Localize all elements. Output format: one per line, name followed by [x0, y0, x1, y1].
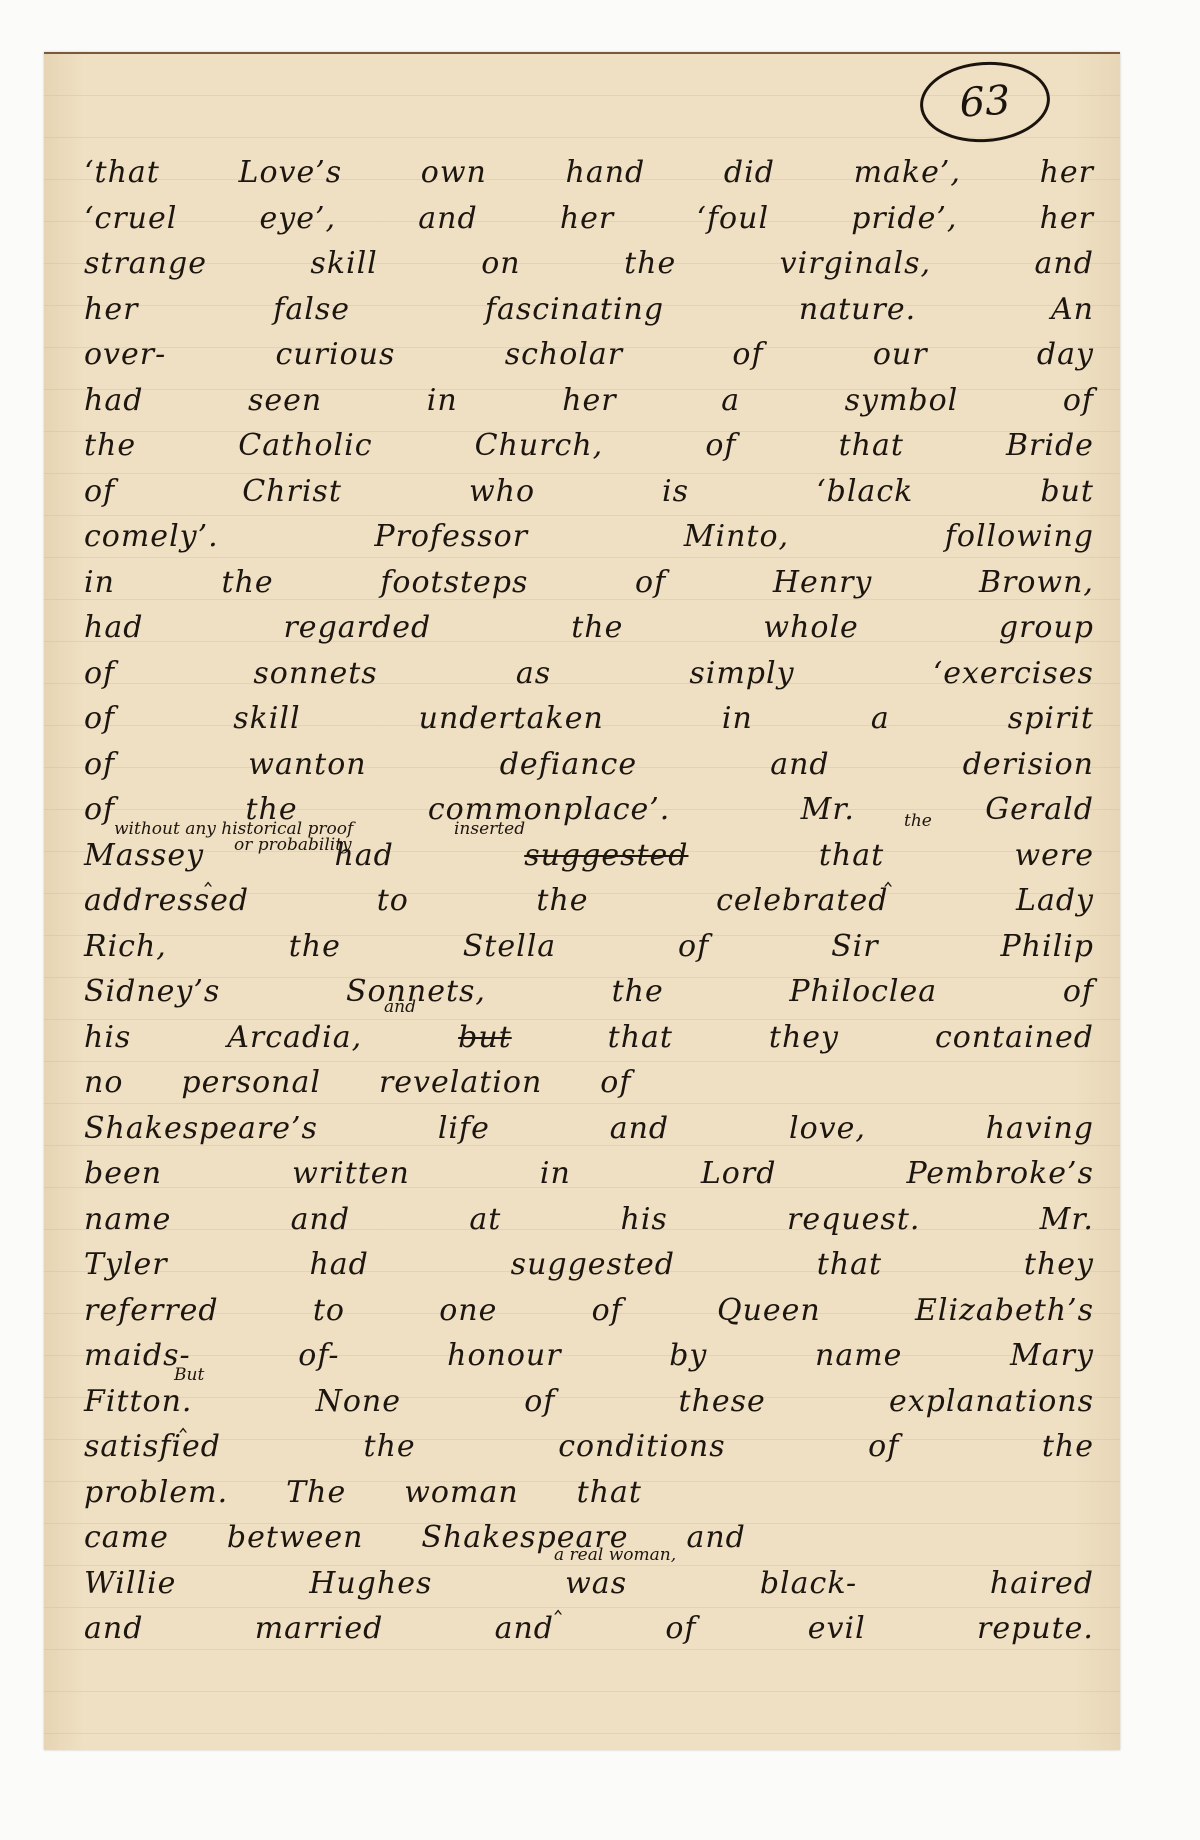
handwritten-word: of [705, 423, 736, 469]
handwritten-word: evil [808, 1606, 866, 1652]
handwritten-word: one [439, 1288, 497, 1334]
manuscript-line: Sidney’sSonnets,thePhilocleaof [84, 969, 1094, 1015]
handwritten-word: that [839, 423, 904, 469]
manuscript-line: Tylerhadsuggestedthatthey [84, 1242, 1094, 1288]
handwritten-word: of [84, 696, 115, 742]
handwritten-word: in [84, 560, 115, 606]
insertion-caret-icon: ‸ [554, 1587, 562, 1615]
handwritten-word: whole [763, 605, 858, 651]
manuscript-line: hadregardedthewholegroup [84, 605, 1094, 651]
manuscript-line: ofChristwhois‘blackbut [84, 469, 1094, 515]
handwritten-word: skill [310, 241, 377, 287]
handwritten-word: black- [760, 1561, 857, 1607]
interlinear-insertion: the [904, 811, 932, 831]
handwritten-word: name [84, 1197, 171, 1243]
manuscript-line: ‘crueleye’,andher‘foulpride’,her [84, 196, 1094, 242]
handwritten-word: of [868, 1424, 899, 1470]
manuscript-line: problem.Thewomanthat [84, 1470, 1094, 1516]
manuscript-line: theCatholicChurch,ofthatBride [84, 423, 1094, 469]
handwritten-word: personal [181, 1060, 321, 1106]
manuscript-line: addressedtothecelebratedLady [84, 878, 1094, 924]
handwritten-word: spirit [1008, 696, 1094, 742]
handwritten-word: eye’, [260, 196, 337, 242]
handwritten-word: that [817, 1242, 882, 1288]
handwritten-word: of [678, 924, 709, 970]
handwritten-word: of [635, 560, 666, 606]
handwritten-word: contained [935, 1015, 1094, 1061]
handwritten-word: of [84, 469, 115, 515]
manuscript-line: hadseeninherasymbolof [84, 378, 1094, 424]
handwritten-word: referred [84, 1288, 219, 1334]
handwritten-word: suggested [511, 1242, 675, 1288]
handwritten-word: comely’. [84, 514, 219, 560]
handwritten-word: Church, [475, 423, 604, 469]
manuscript-line: ofskillundertakeninaspirit [84, 696, 1094, 742]
handwritten-word: that [819, 833, 884, 879]
manuscript-line: over-curiousscholarofourday [84, 332, 1094, 378]
handwritten-word: Minto, [684, 514, 789, 560]
handwritten-word: Elizabeth’s [915, 1288, 1094, 1334]
handwritten-word: Hughes [309, 1561, 432, 1607]
handwritten-word: the [536, 878, 588, 924]
handwritten-word: derision [963, 742, 1094, 788]
handwritten-word: of [84, 787, 115, 833]
handwritten-word: honour [447, 1333, 561, 1379]
handwritten-word: Philip [1000, 924, 1094, 970]
handwritten-word: of [1063, 969, 1094, 1015]
handwritten-word: defiance [500, 742, 637, 788]
handwritten-word: Rich, [84, 924, 167, 970]
handwritten-word: ‘that [84, 150, 160, 196]
handwritten-word: was [565, 1561, 627, 1607]
manuscript-line: inthefootstepsofHenryBrown, [84, 560, 1094, 606]
handwritten-word: of [524, 1379, 555, 1425]
handwritten-word: her [560, 196, 614, 242]
handwritten-word: and [1035, 241, 1094, 287]
handwritten-word: name [815, 1333, 902, 1379]
handwritten-word: Bride [1006, 423, 1094, 469]
handwritten-word: our [873, 332, 928, 378]
struck-word: but [458, 1015, 512, 1061]
handwritten-word: symbol [845, 378, 959, 424]
handwritten-word: make’, [854, 150, 961, 196]
handwritten-word: that [577, 1470, 642, 1516]
handwritten-word: repute. [977, 1606, 1094, 1652]
handwritten-word: her [1040, 150, 1094, 196]
handwritten-word: the [1042, 1424, 1094, 1470]
handwritten-word: and [770, 742, 829, 788]
handwritten-word: her [1040, 196, 1094, 242]
handwritten-word: request. [787, 1197, 920, 1243]
handwritten-word: the [364, 1424, 416, 1470]
handwritten-word: of- [298, 1333, 339, 1379]
manuscript-line: hisArcadia,butthattheycontained [84, 1015, 1094, 1061]
handwritten-word: did [724, 150, 775, 196]
manuscript-line: WillieHugheswasblack-haired [84, 1561, 1094, 1607]
handwritten-word: Queen [717, 1288, 821, 1334]
handwritten-word: Willie [84, 1561, 176, 1607]
handwritten-word: group [999, 605, 1094, 651]
handwritten-word: Pembroke’s [906, 1151, 1094, 1197]
handwritten-word: to [377, 878, 409, 924]
handwritten-word: of [600, 1060, 631, 1106]
handwritten-word: as [516, 651, 551, 697]
handwritten-word: Love’s [239, 150, 343, 196]
manuscript-line: maids-of-honourbynameMary [84, 1333, 1094, 1379]
handwritten-word: that [608, 1015, 673, 1061]
handwritten-word: virginals, [780, 241, 931, 287]
handwritten-word: Massey [84, 833, 204, 879]
handwritten-word: a [721, 378, 740, 424]
handwritten-word: his [621, 1197, 668, 1243]
handwritten-word: been [84, 1151, 162, 1197]
manuscript-line: nameandathisrequest.Mr. [84, 1197, 1094, 1243]
handwritten-word: nature. [799, 287, 916, 333]
handwritten-word: An [1051, 287, 1094, 333]
manuscript-line: Fitton.Noneoftheseexplanations [84, 1379, 1094, 1425]
handwritten-word: ‘cruel [84, 196, 177, 242]
handwritten-word: to [313, 1288, 345, 1334]
handwritten-word: scholar [505, 332, 623, 378]
handwritten-word: married [255, 1606, 384, 1652]
manuscript-line: comely’.ProfessorMinto,following [84, 514, 1094, 560]
handwritten-word: celebrated [716, 878, 888, 924]
manuscript-line: referredtooneofQueenElizabeth’s [84, 1288, 1094, 1334]
handwritten-word: Philoclea [789, 969, 937, 1015]
handwritten-word: in [427, 378, 458, 424]
handwritten-word: ‘black [816, 469, 913, 515]
handwritten-word: the [84, 423, 136, 469]
handwritten-word: ‘exercises [933, 651, 1094, 697]
handwritten-word: having [986, 1106, 1094, 1152]
handwritten-word: no [84, 1060, 123, 1106]
handwritten-word: in [540, 1151, 571, 1197]
handwritten-text-body: ‘thatLove’sownhanddidmake’,her‘crueleye’… [84, 150, 1094, 1652]
interlinear-insertion: or probability [234, 835, 352, 855]
handwritten-word: day [1037, 332, 1094, 378]
handwritten-word: simply [689, 651, 794, 697]
handwritten-word: her [562, 378, 616, 424]
interlinear-insertion: a real woman, [554, 1545, 676, 1565]
handwritten-word: her [84, 287, 138, 333]
handwritten-word: pride’, [851, 196, 957, 242]
handwritten-word: satisfied [84, 1424, 221, 1470]
handwritten-word: had [309, 1242, 368, 1288]
handwritten-word: conditions [558, 1424, 725, 1470]
handwritten-word: and [495, 1606, 554, 1652]
handwritten-word: of [592, 1288, 623, 1334]
handwritten-word: Henry [773, 560, 873, 606]
handwritten-word: footsteps [380, 560, 528, 606]
manuscript-line: Rich,theStellaofSirPhilip [84, 924, 1094, 970]
handwritten-word: on [481, 241, 520, 287]
handwritten-word: woman [404, 1470, 518, 1516]
handwritten-word: Shakespeare’s [84, 1106, 318, 1152]
handwritten-word: seen [248, 378, 322, 424]
handwritten-word: Lady [1016, 878, 1094, 924]
handwritten-word: and [84, 1606, 143, 1652]
handwritten-word: addressed [84, 878, 249, 924]
handwritten-word: Fitton. [84, 1379, 192, 1425]
insertion-caret-icon: ‸ [884, 859, 892, 887]
manuscript-line: ofwantondefianceandderision [84, 742, 1094, 788]
handwritten-word: came [84, 1515, 169, 1561]
handwritten-word: revelation [379, 1060, 542, 1106]
handwritten-word: sonnets [253, 651, 377, 697]
handwritten-word: ‘foul [696, 196, 769, 242]
handwritten-word: who [469, 469, 535, 515]
handwritten-word: Brown, [979, 560, 1094, 606]
handwritten-word: the [571, 605, 623, 651]
handwritten-word: undertaken [419, 696, 604, 742]
manuscript-line: strangeskillonthevirginals,and [84, 241, 1094, 287]
handwritten-word: is [662, 469, 689, 515]
handwritten-word: the [624, 241, 676, 287]
handwritten-word: and [291, 1197, 350, 1243]
handwritten-word: hand [566, 150, 646, 196]
handwritten-word: over- [84, 332, 166, 378]
handwritten-word: curious [276, 332, 396, 378]
handwritten-word: explanations [889, 1379, 1094, 1425]
handwritten-word: Mary [1010, 1333, 1094, 1379]
handwritten-word: they [1024, 1242, 1094, 1288]
handwritten-word: Gerald [985, 787, 1094, 833]
interlinear-insertion: inserted [454, 819, 525, 839]
handwritten-word: Catholic [238, 423, 372, 469]
handwritten-word: the [222, 560, 274, 606]
interlinear-insertion: But [174, 1365, 204, 1385]
manuscript-line: herfalsefascinatingnature.An [84, 287, 1094, 333]
handwritten-word: these [679, 1379, 766, 1425]
handwritten-word: his [84, 1015, 131, 1061]
handwritten-word: false [273, 287, 350, 333]
manuscript-line: ofsonnetsassimply‘exercises [84, 651, 1094, 697]
handwritten-word: fascinating [485, 287, 664, 333]
manuscript-page: 63 ‘thatLove’sownhanddidmake’,her‘cruele… [44, 52, 1120, 1750]
handwritten-word: love, [789, 1106, 866, 1152]
handwritten-word: strange [84, 241, 207, 287]
handwritten-word: following [945, 514, 1094, 560]
handwritten-word: had [84, 378, 143, 424]
handwritten-word: Sir [831, 924, 879, 970]
handwritten-word: The [286, 1470, 346, 1516]
handwritten-word: Christ [242, 469, 342, 515]
handwritten-word: Sidney’s [84, 969, 220, 1015]
handwritten-word: Stella [463, 924, 556, 970]
manuscript-line: beenwritteninLordPembroke’s [84, 1151, 1094, 1197]
handwritten-word: None [316, 1379, 401, 1425]
manuscript-line: Shakespeare’slifeandlove,having [84, 1106, 1094, 1152]
handwritten-word: and [610, 1106, 669, 1152]
handwritten-word: the [289, 924, 341, 970]
insertion-caret-icon: ‸ [204, 859, 212, 887]
manuscript-line: satisfiedtheconditionsofthe [84, 1424, 1094, 1470]
handwritten-word: Tyler [84, 1242, 168, 1288]
handwritten-word: written [292, 1151, 410, 1197]
handwritten-word: Mr. [801, 787, 855, 833]
handwritten-word: by [669, 1333, 707, 1379]
handwritten-word: Lord [701, 1151, 777, 1197]
handwritten-word: Professor [374, 514, 528, 560]
handwritten-word: problem. [84, 1470, 228, 1516]
handwritten-word: they [769, 1015, 839, 1061]
handwritten-word: but [1040, 469, 1094, 515]
manuscript-line: andmarriedandofevilrepute. [84, 1606, 1094, 1652]
handwritten-word: regarded [283, 605, 431, 651]
handwritten-word: of [665, 1606, 696, 1652]
handwritten-word: life [438, 1106, 490, 1152]
page-number-circled: 63 [917, 58, 1052, 147]
handwritten-word: were [1014, 833, 1094, 879]
manuscript-line: nopersonalrevelationof [84, 1060, 1094, 1106]
handwritten-word: between [227, 1515, 364, 1561]
handwritten-word: the [612, 969, 664, 1015]
handwritten-word: of [84, 742, 115, 788]
handwritten-word: and [418, 196, 477, 242]
handwritten-word: own [421, 150, 487, 196]
handwritten-word: of [1063, 378, 1094, 424]
manuscript-line: ‘thatLove’sownhanddidmake’,her [84, 150, 1094, 196]
handwritten-word: Mr. [1040, 1197, 1094, 1243]
handwritten-word: skill [233, 696, 300, 742]
handwritten-word: in [722, 696, 753, 742]
handwritten-word: had [84, 605, 143, 651]
handwritten-word: of [732, 332, 763, 378]
handwritten-word: of [84, 651, 115, 697]
handwritten-word: Arcadia, [227, 1015, 362, 1061]
handwritten-word: at [469, 1197, 501, 1243]
handwritten-word: and [686, 1515, 745, 1561]
insertion-caret-icon: ‸ [179, 1405, 187, 1433]
handwritten-word: a [871, 696, 890, 742]
struck-word: suggested [524, 833, 688, 879]
interlinear-insertion: and [384, 997, 416, 1017]
handwritten-word: haired [990, 1561, 1094, 1607]
handwritten-word: wanton [248, 742, 366, 788]
